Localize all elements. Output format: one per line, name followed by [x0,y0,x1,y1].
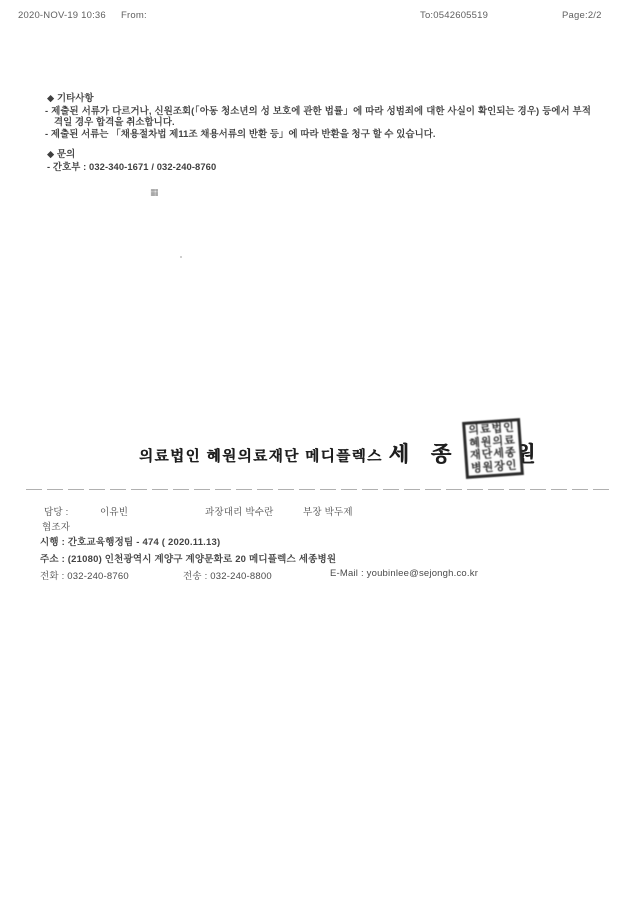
section-title-etc: ◆ 기타사항 [47,92,591,104]
email-address: E-Mail : youbinlee@sejongh.co.kr [330,568,478,579]
approval-staff-name: 이유빈 [100,504,128,518]
section-title-inquiry: ◆ 문의 [47,148,591,160]
notice-bullet-2: - 제출된 서류는 「채용절차법 제11조 채용서류의 반환 등」에 따라 반환… [45,128,591,140]
enforcement-line: 시행 : 간호교육행정팀 - 474 ( 2020.11.13) [40,534,220,548]
fax-number: 전송 : 032-240-8800 [183,568,272,582]
spacer [45,139,591,148]
inquiry-phone-line: - 간호부 : 032-340-1671 / 032-240-8760 [45,161,591,173]
notice-bullet-1: - 제출된 서류가 다르거나, 신원조회(「아동 청소년의 성 보호에 관한 법… [45,105,591,128]
address-line: 주소 : (21080) 인천광역시 계양구 계양문화로 20 메디플렉스 세종… [40,551,336,565]
approval-manager-name: 과장대리 박수란 [205,504,273,518]
scan-artifact-glyph: ▦ [150,187,159,197]
fax-datetime: 2020-NOV-19 10:36 [18,10,106,21]
fax-document-page: 2020-NOV-19 10:36 From: To:0542605519 Pa… [0,0,640,905]
notice-body: ◆ 기타사항 - 제출된 서류가 다르거나, 신원조회(「아동 청소년의 성 보… [45,92,591,173]
approval-label: 담당 : [44,504,68,518]
approval-director-name: 부장 박두제 [303,504,353,518]
scan-speck [180,256,182,258]
hospital-seal-stamp: 의료법인 혜원의료 재단세종 병원장인 [462,418,524,479]
document-separator-line [26,489,614,490]
fax-to-number: To:0542605519 [420,10,488,21]
fax-from-label: From: [121,10,147,21]
hospital-foundation-prefix: 의료법인 혜원의료재단 메디플렉스 [139,445,383,466]
cooperator-line: 협조자 [42,519,70,533]
fax-page-number: Page:2/2 [562,10,602,21]
telephone-number: 전화 : 032-240-8760 [40,568,129,582]
